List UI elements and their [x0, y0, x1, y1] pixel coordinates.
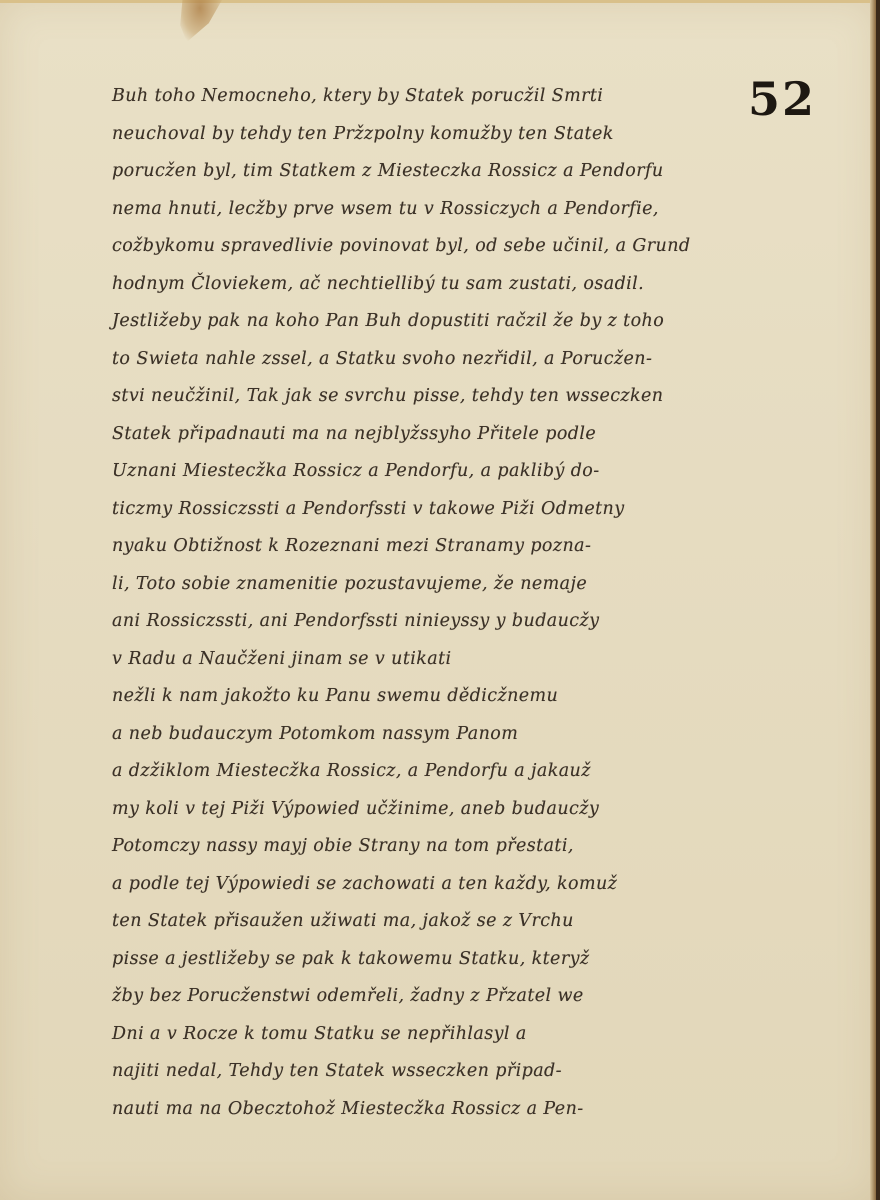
text-line: nema hnuti, lecžby prve wsem tu v Rossic…: [112, 191, 712, 229]
text-line: Potomczy nassy mayj obie Strany na tom p…: [112, 828, 712, 866]
page-top-edge: [0, 0, 876, 3]
text-line: a podle tej Výpowiedi se zachowati a ten…: [112, 866, 712, 904]
text-line: Buh toho Nemocneho, ktery by Statek poru…: [112, 78, 712, 116]
page-number: 52: [748, 72, 816, 126]
text-line: a neb budauczym Potomkom nassym Panom: [112, 716, 712, 754]
text-line: hodnym Človiekem, ač nechtiellibý tu sam…: [112, 266, 712, 304]
paper-stain: [178, 0, 222, 42]
text-line: li, Toto sobie znamenitie pozustavujeme,…: [112, 566, 712, 604]
text-line: a dzžiklom Miestecžka Rossicz, a Pendorf…: [112, 753, 712, 791]
text-line: Jestližeby pak na koho Pan Buh dopustiti…: [112, 303, 712, 341]
text-line: Uznani Miestecžka Rossicz a Pendorfu, a …: [112, 453, 712, 491]
text-line: žby bez Porucženstwi odemřeli, žadny z P…: [112, 978, 712, 1016]
text-line: nyaku Obtižnost k Rozeznani mezi Stranam…: [112, 528, 712, 566]
text-line: ten Statek přisaužen užiwati ma, jakož s…: [112, 903, 712, 941]
text-line: ani Rossiczssti, ani Pendorfssti ninieys…: [112, 603, 712, 641]
text-line: cožbykomu spravedlivie povinovat byl, od…: [112, 228, 712, 266]
handwritten-text-body: Buh toho Nemocneho, ktery by Statek poru…: [112, 78, 712, 1128]
text-line: ticzmy Rossiczssti a Pendorfssti v takow…: [112, 491, 712, 529]
text-line: neuchoval by tehdy ten Pržzpolny komužby…: [112, 116, 712, 154]
text-line: najiti nedal, Tehdy ten Statek wsseczken…: [112, 1053, 712, 1091]
text-line: to Swieta nahle zssel, a Statku svoho ne…: [112, 341, 712, 379]
text-line: stvi neučžinil, Tak jak se svrchu pisse,…: [112, 378, 712, 416]
text-line: pisse a jestližeby se pak k takowemu Sta…: [112, 941, 712, 979]
text-line: Dni a v Rocze k tomu Statku se nepřihlas…: [112, 1016, 712, 1054]
text-line: v Radu a Naučženi jinam se v utikati: [112, 641, 712, 679]
text-line: Statek připadnauti ma na nejblyžssyho Př…: [112, 416, 712, 454]
text-line: porucžen byl, tim Statkem z Miesteczka R…: [112, 153, 712, 191]
text-line: nežli k nam jakožto ku Panu swemu dědicž…: [112, 678, 712, 716]
manuscript-page: 52 Buh toho Nemocneho, ktery by Statek p…: [0, 0, 876, 1200]
text-line: nauti ma na Obecztohož Miestecžka Rossic…: [112, 1091, 712, 1129]
text-line: my koli v tej Piži Výpowied učžinime, an…: [112, 791, 712, 829]
